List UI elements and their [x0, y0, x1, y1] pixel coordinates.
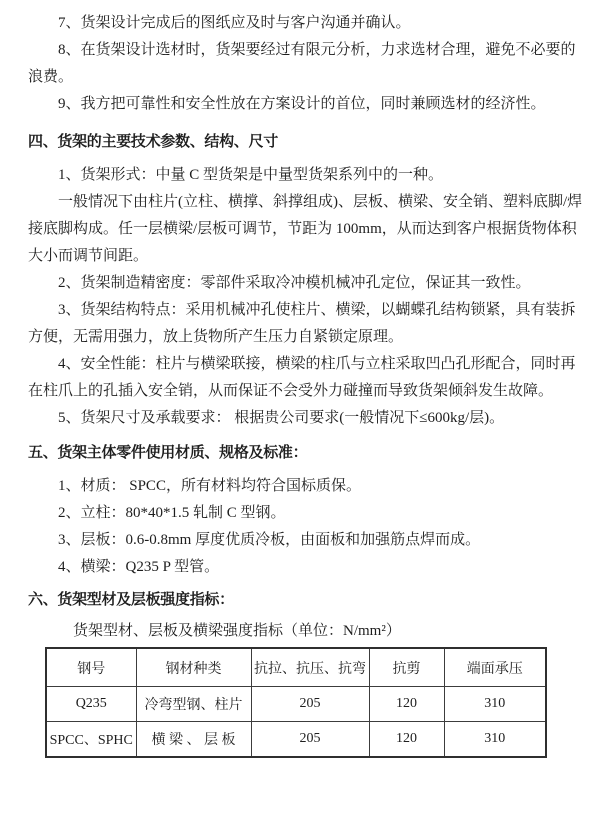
table-caption: 货架型材、层板及横梁强度指标（单位：N/mm²）: [28, 620, 583, 642]
section-4-item-4: 4、安全性能：柱片与横梁联接，横梁的柱爪与立柱采取凹凸孔形配合，同时再在柱爪上的…: [28, 351, 583, 405]
table-header-shear: 抗剪: [369, 648, 444, 687]
table-header-tension: 抗拉、抗压、抗弯: [251, 648, 369, 687]
section-4-heading: 四、货架的主要技术参数、结构、尺寸: [28, 131, 583, 153]
table-header-steel-grade: 钢号: [46, 648, 136, 687]
table-cell: 205: [251, 722, 369, 758]
intro-paragraph-8: 8、在货架设计选材时，货架要经过有限元分析，力求选材合理，避免不必要的浪费。: [28, 37, 583, 91]
bottom-whitespace: [28, 758, 583, 818]
section-5-item-1: 1、材质： SPCC，所有材料均符合国标质保。: [28, 473, 583, 500]
table-cell: 205: [251, 687, 369, 722]
section-4-item-general: 一般情况下由柱片(立柱、横撑、斜撑组成)、层板、横梁、安全销、塑料底脚/焊接底脚…: [28, 189, 583, 270]
document-page: 7、货架设计完成后的图纸应及时与客户沟通并确认。 8、在货架设计选材时，货架要经…: [0, 0, 593, 829]
table-row: Q235 冷弯型钢、柱片 205 120 310: [46, 687, 546, 722]
table-cell: SPCC、SPHC: [46, 722, 136, 758]
section-4-item-5: 5、货架尺寸及承载要求： 根据贵公司要求(一般情况下≤600kg/层)。: [28, 405, 583, 432]
table-header-end-bearing: 端面承压: [444, 648, 546, 687]
table-cell: 310: [444, 687, 546, 722]
table-header-row: 钢号 钢材种类 抗拉、抗压、抗弯 抗剪 端面承压: [46, 648, 546, 687]
section-5-item-4: 4、横梁：Q235 P 型管。: [28, 554, 583, 581]
table-cell: 120: [369, 722, 444, 758]
section-5-item-2: 2、立柱：80*40*1.5 轧制 C 型钢。: [28, 500, 583, 527]
table-cell: 310: [444, 722, 546, 758]
table-cell: 120: [369, 687, 444, 722]
section-4-item-2: 2、货架制造精密度：零部件采取冷冲模机械冲孔定位，保证其一致性。: [28, 270, 583, 297]
table-header-steel-type: 钢材种类: [136, 648, 251, 687]
intro-paragraph-7: 7、货架设计完成后的图纸应及时与客户沟通并确认。: [28, 10, 583, 37]
table-cell: 横 梁 、 层 板: [136, 722, 251, 758]
intro-paragraph-9: 9、我方把可靠性和安全性放在方案设计的首位，同时兼顾选材的经济性。: [28, 91, 583, 118]
section-6-heading: 六、货架型材及层板强度指标：: [28, 589, 583, 611]
section-4-item-1: 1、货架形式：中量 C 型货架是中量型货架系列中的一种。: [28, 162, 583, 189]
table-cell: Q235: [46, 687, 136, 722]
section-4-item-3: 3、货架结构特点：采用机械冲孔使柱片、横梁，以蝴蝶孔结构锁紧，具有装拆方便，无需…: [28, 297, 583, 351]
section-5-item-3: 3、层板：0.6-0.8mm 厚度优质冷板，由面板和加强筋点焊而成。: [28, 527, 583, 554]
table-row: SPCC、SPHC 横 梁 、 层 板 205 120 310: [46, 722, 546, 758]
section-5-heading: 五、货架主体零件使用材质、规格及标准：: [28, 442, 583, 464]
strength-table: 钢号 钢材种类 抗拉、抗压、抗弯 抗剪 端面承压 Q235 冷弯型钢、柱片 20…: [45, 647, 547, 758]
table-cell: 冷弯型钢、柱片: [136, 687, 251, 722]
